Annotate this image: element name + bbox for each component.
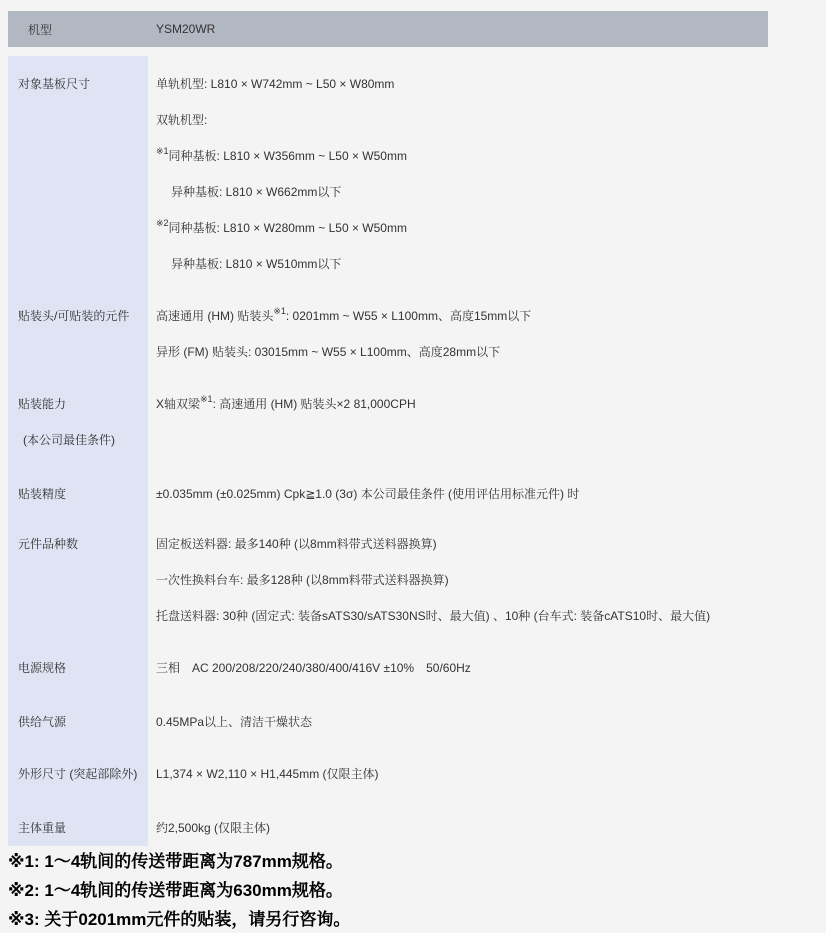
spec-value-line: L1,374 × W2,110 × H1,445mm (仅限主体) bbox=[156, 756, 768, 792]
footnotes: ※1: 1～4轨间的传送带距离为787mm规格。※2: 1～4轨间的传送带距离为… bbox=[8, 847, 818, 933]
spec-label: 贴装能力 bbox=[18, 386, 148, 422]
spec-value-cell: L1,374 × W2,110 × H1,445mm (仅限主体) bbox=[148, 746, 768, 800]
spec-value-cell: 约2,500kg (仅限主体) bbox=[148, 800, 768, 846]
value-text: : 高速通用 (HM) 贴装头×2 81,000CPH bbox=[213, 397, 416, 411]
spec-label-cell: 元件品种数 bbox=[8, 516, 148, 640]
spec-value-line: 异形 (FM) 贴装头: 03015mm ~ W55 × L100mm、高度28… bbox=[156, 334, 768, 370]
value-text: 0.45MPa以上、清洁干燥状态 bbox=[156, 715, 312, 729]
spec-label: (本公司最佳条件) bbox=[18, 422, 148, 458]
spec-table: 机型 YSM20WR 对象基板尺寸单轨机型: L810 × W742mm ~ L… bbox=[8, 11, 768, 846]
spec-label-cell: 主体重量 bbox=[8, 800, 148, 846]
spec-label-cell: 供给气源 bbox=[8, 694, 148, 746]
spec-row: 主体重量约2,500kg (仅限主体) bbox=[8, 800, 768, 846]
spec-value-cell: 固定板送料器: 最多140种 (以8mm料带式送料器换算)一次性换料台车: 最多… bbox=[148, 516, 768, 640]
spec-label: 元件品种数 bbox=[18, 526, 148, 562]
spec-value-cell: 0.45MPa以上、清洁干燥状态 bbox=[148, 694, 768, 746]
spec-value-line: 三相 AC 200/208/220/240/380/400/416V ±10% … bbox=[156, 650, 768, 686]
spec-value-line: 0.45MPa以上、清洁干燥状态 bbox=[156, 704, 768, 740]
spec-value-line: 一次性换料台车: 最多128种 (以8mm料带式送料器换算) bbox=[156, 562, 768, 598]
footnote-ref-sup: ※1 bbox=[273, 306, 286, 316]
spec-label: 贴装精度 bbox=[18, 476, 148, 512]
spec-value-cell: 单轨机型: L810 × W742mm ~ L50 × W80mm双轨机型:※1… bbox=[148, 56, 768, 288]
spec-label-cell: 贴装精度 bbox=[8, 466, 148, 516]
value-text: 同种基板: L810 × W280mm ~ L50 × W50mm bbox=[169, 221, 407, 235]
spec-value-cell: 三相 AC 200/208/220/240/380/400/416V ±10% … bbox=[148, 640, 768, 694]
spec-label-cell: 对象基板尺寸 bbox=[8, 56, 148, 288]
spec-label: 供给气源 bbox=[18, 704, 148, 740]
value-text: 高速通用 (HM) 贴装头 bbox=[156, 309, 273, 323]
footnote: ※1: 1～4轨间的传送带距离为787mm规格。 bbox=[8, 847, 818, 876]
spec-label: 电源规格 bbox=[18, 650, 148, 686]
spec-value-line: 异种基板: L810 × W662mm以下 bbox=[156, 174, 768, 210]
spec-row: 对象基板尺寸单轨机型: L810 × W742mm ~ L50 × W80mm双… bbox=[8, 56, 768, 288]
spec-label-cell: 贴装能力(本公司最佳条件) bbox=[8, 376, 148, 466]
value-text: 一次性换料台车: 最多128种 (以8mm料带式送料器换算) bbox=[156, 573, 449, 587]
model-value: YSM20WR bbox=[148, 22, 215, 36]
value-text: ±0.035mm (±0.025mm) Cpk≧1.0 (3σ) 本公司最佳条件… bbox=[156, 487, 579, 501]
spec-value-cell: 高速通用 (HM) 贴装头※1: 0201mm ~ W55 × L100mm、高… bbox=[148, 288, 768, 376]
footnote: ※2: 1～4轨间的传送带距离为630mm规格。 bbox=[8, 876, 818, 905]
spec-row: 外形尺寸 (突起部除外)L1,374 × W2,110 × H1,445mm (… bbox=[8, 746, 768, 800]
header-gap bbox=[8, 47, 768, 56]
value-text: 三相 AC 200/208/220/240/380/400/416V ±10% … bbox=[156, 661, 471, 675]
spec-row: 贴装头/可贴装的元件高速通用 (HM) 贴装头※1: 0201mm ~ W55 … bbox=[8, 288, 768, 376]
spec-row: 贴装精度±0.035mm (±0.025mm) Cpk≧1.0 (3σ) 本公司… bbox=[8, 466, 768, 516]
spec-label-cell: 电源规格 bbox=[8, 640, 148, 694]
value-text: 异种基板: L810 × W662mm以下 bbox=[171, 185, 341, 199]
value-text: 约2,500kg (仅限主体) bbox=[156, 821, 270, 835]
footnote-ref-sup: ※1 bbox=[156, 146, 169, 156]
spec-label: 对象基板尺寸 bbox=[18, 66, 148, 102]
spec-value-line: 固定板送料器: 最多140种 (以8mm料带式送料器换算) bbox=[156, 526, 768, 562]
spec-value-line: 单轨机型: L810 × W742mm ~ L50 × W80mm bbox=[156, 66, 768, 102]
spec-value-line: 托盘送料器: 30种 (固定式: 装备sATS30/sATS30NS时、最大值)… bbox=[156, 598, 768, 634]
value-text: 托盘送料器: 30种 (固定式: 装备sATS30/sATS30NS时、最大值)… bbox=[156, 609, 710, 623]
spec-value-line: X轴双梁※1: 高速通用 (HM) 贴装头×2 81,000CPH bbox=[156, 386, 768, 422]
spec-label-cell: 贴装头/可贴装的元件 bbox=[8, 288, 148, 376]
spec-value-line: 异种基板: L810 × W510mm以下 bbox=[156, 246, 768, 282]
value-text: : 0201mm ~ W55 × L100mm、高度15mm以下 bbox=[286, 309, 531, 323]
footnote: ※3: 关于0201mm元件的贴装，请另行咨询。 bbox=[8, 905, 818, 933]
value-text: 双轨机型: bbox=[156, 113, 207, 127]
value-text: L1,374 × W2,110 × H1,445mm (仅限主体) bbox=[156, 767, 379, 781]
table-header-row: 机型 YSM20WR bbox=[8, 11, 768, 47]
value-text: X轴双梁 bbox=[156, 397, 200, 411]
spec-label: 外形尺寸 (突起部除外) bbox=[18, 756, 148, 792]
footnote-ref-sup: ※2 bbox=[156, 218, 169, 228]
spec-value-line: ±0.035mm (±0.025mm) Cpk≧1.0 (3σ) 本公司最佳条件… bbox=[156, 476, 768, 512]
footnote-ref-sup: ※1 bbox=[200, 394, 213, 404]
spec-value-cell: X轴双梁※1: 高速通用 (HM) 贴装头×2 81,000CPH bbox=[148, 376, 768, 466]
spec-value-line: ※2同种基板: L810 × W280mm ~ L50 × W50mm bbox=[156, 210, 768, 246]
spec-value-cell: ±0.035mm (±0.025mm) Cpk≧1.0 (3σ) 本公司最佳条件… bbox=[148, 466, 768, 516]
spec-row: 电源规格三相 AC 200/208/220/240/380/400/416V ±… bbox=[8, 640, 768, 694]
value-text: 单轨机型: L810 × W742mm ~ L50 × W80mm bbox=[156, 77, 394, 91]
value-text: 异种基板: L810 × W510mm以下 bbox=[171, 257, 341, 271]
spec-value-line: ※1同种基板: L810 × W356mm ~ L50 × W50mm bbox=[156, 138, 768, 174]
value-text: 异形 (FM) 贴装头: 03015mm ~ W55 × L100mm、高度28… bbox=[156, 345, 500, 359]
spec-label: 贴装头/可贴装的元件 bbox=[18, 298, 148, 334]
value-text: 固定板送料器: 最多140种 (以8mm料带式送料器换算) bbox=[156, 537, 437, 551]
spec-value-line: 双轨机型: bbox=[156, 102, 768, 138]
spec-rows: 对象基板尺寸单轨机型: L810 × W742mm ~ L50 × W80mm双… bbox=[8, 56, 768, 846]
model-label: 机型 bbox=[8, 21, 148, 38]
spec-value-line: 高速通用 (HM) 贴装头※1: 0201mm ~ W55 × L100mm、高… bbox=[156, 298, 768, 334]
spec-row: 元件品种数固定板送料器: 最多140种 (以8mm料带式送料器换算)一次性换料台… bbox=[8, 516, 768, 640]
spec-value-line: 约2,500kg (仅限主体) bbox=[156, 810, 768, 846]
spec-label: 主体重量 bbox=[18, 810, 148, 846]
spec-label-cell: 外形尺寸 (突起部除外) bbox=[8, 746, 148, 800]
spec-row: 贴装能力(本公司最佳条件)X轴双梁※1: 高速通用 (HM) 贴装头×2 81,… bbox=[8, 376, 768, 466]
value-text: 同种基板: L810 × W356mm ~ L50 × W50mm bbox=[169, 149, 407, 163]
spec-row: 供给气源0.45MPa以上、清洁干燥状态 bbox=[8, 694, 768, 746]
